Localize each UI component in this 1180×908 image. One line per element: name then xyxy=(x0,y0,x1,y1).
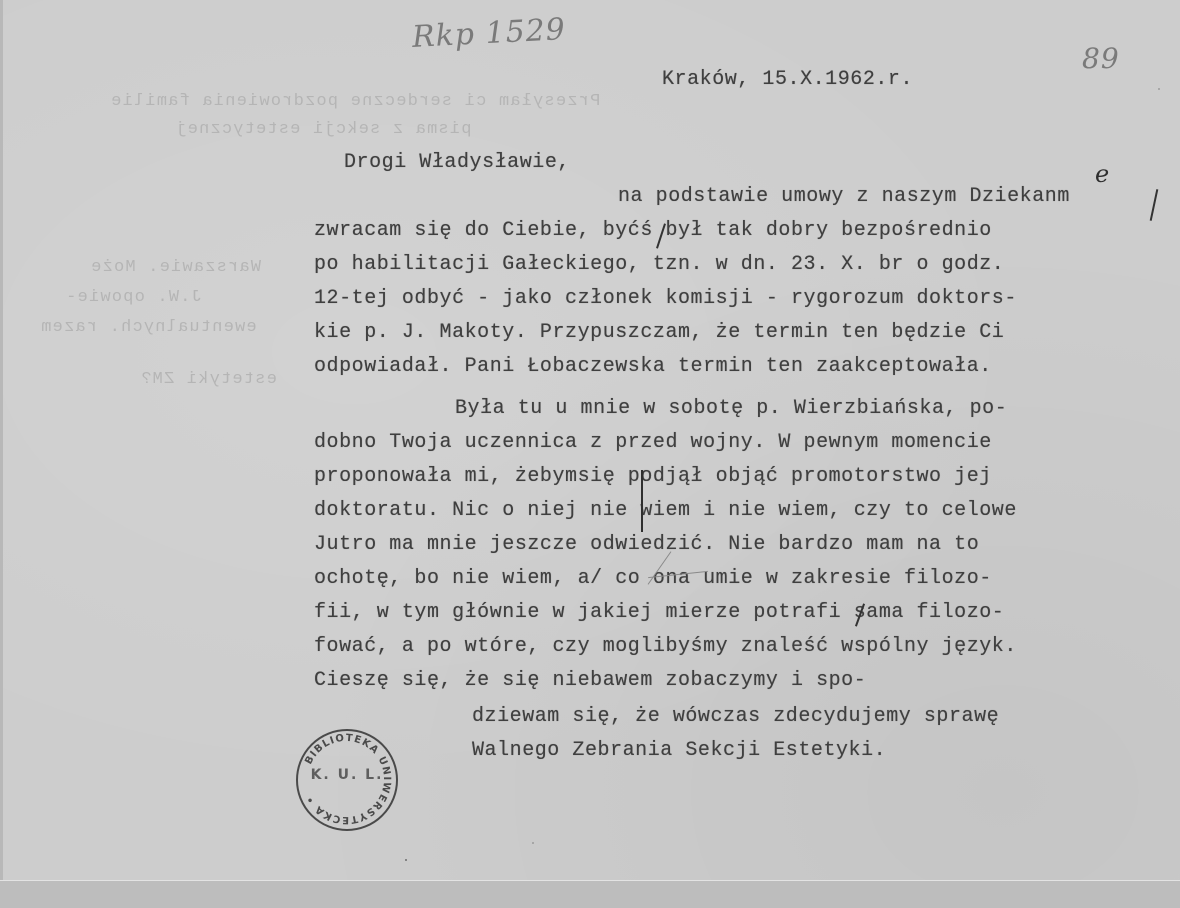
letter-line: kie p. J. Makoty. Przypuszczam, że termi… xyxy=(314,321,1004,344)
letter-line: Była tu u mnie w sobotę p. Wierzbiańska,… xyxy=(455,397,1007,420)
letter-line: proponowała mi, żebymsię podjął objąć pr… xyxy=(314,465,992,488)
scanner-background xyxy=(0,881,1180,908)
letter-line: na podstawie umowy z naszym Dziekanm xyxy=(618,185,1070,208)
letter-line: 12-tej odbyć - jako członek komisji - ry… xyxy=(314,287,1017,310)
letter-line: dziewam się, że wówczas zdecydujemy spra… xyxy=(472,705,999,728)
stamp-center-text: K. U. L. xyxy=(298,767,396,783)
letter-line: odpowiadał. Pani Łobaczewska termin ten … xyxy=(314,355,992,378)
letter-line: Jutro ma mnie jeszcze odwiedzić. Nie bar… xyxy=(314,533,979,556)
reverse-bleed-text: ewentualnych. razem xyxy=(40,318,257,337)
dust-speck xyxy=(1158,88,1160,90)
letter-line: zwracam się do Ciebie, byćś był tak dobr… xyxy=(314,219,992,242)
reverse-bleed-text: estetyki ZM? xyxy=(140,370,277,389)
page-number: 89 xyxy=(1082,42,1120,75)
insertion-mark xyxy=(641,470,643,532)
reverse-bleed-text: pisma z sekcji estetycznej xyxy=(175,120,471,139)
reverse-bleed-text: Przesyłam ci serdeczne pozdrowienia fami… xyxy=(110,92,600,111)
page-edge xyxy=(0,0,3,880)
reverse-bleed-text: J.W. opowie- xyxy=(65,288,202,307)
letter-line: dobno Twoja uczennica z przed wojny. W p… xyxy=(314,431,992,454)
library-stamp: BIBLIOTEKA UNIWERSYTECKA • K. U. L. xyxy=(296,729,398,831)
handwritten-correction: e xyxy=(1095,160,1109,188)
dust-speck xyxy=(405,859,407,861)
dust-speck xyxy=(760,258,762,260)
letter-line: fować, a po wtóre, czy moglibyśmy znaleś… xyxy=(314,635,1017,658)
letter-line: doktoratu. Nic o niej nie wiem i nie wie… xyxy=(314,499,1017,522)
letter-line: ochotę, bo nie wiem, a/ co ona umie w za… xyxy=(314,567,992,590)
letter-line: Walnego Zebrania Sekcji Estetyki. xyxy=(472,739,886,762)
dust-speck xyxy=(532,842,534,844)
letter-line: po habilitacji Gałeckiego, tzn. w dn. 23… xyxy=(314,253,1004,276)
letter-line: Cieszę się, że się niebawem zobaczymy i … xyxy=(314,669,866,692)
letter-line: fii, w tym głównie w jakiej mierze potra… xyxy=(314,601,1004,624)
date-line: Kraków, 15.X.1962.r. xyxy=(662,68,913,91)
reverse-bleed-text: Warszawie. Może xyxy=(90,258,261,277)
salutation: Drogi Władysławie, xyxy=(344,151,570,174)
